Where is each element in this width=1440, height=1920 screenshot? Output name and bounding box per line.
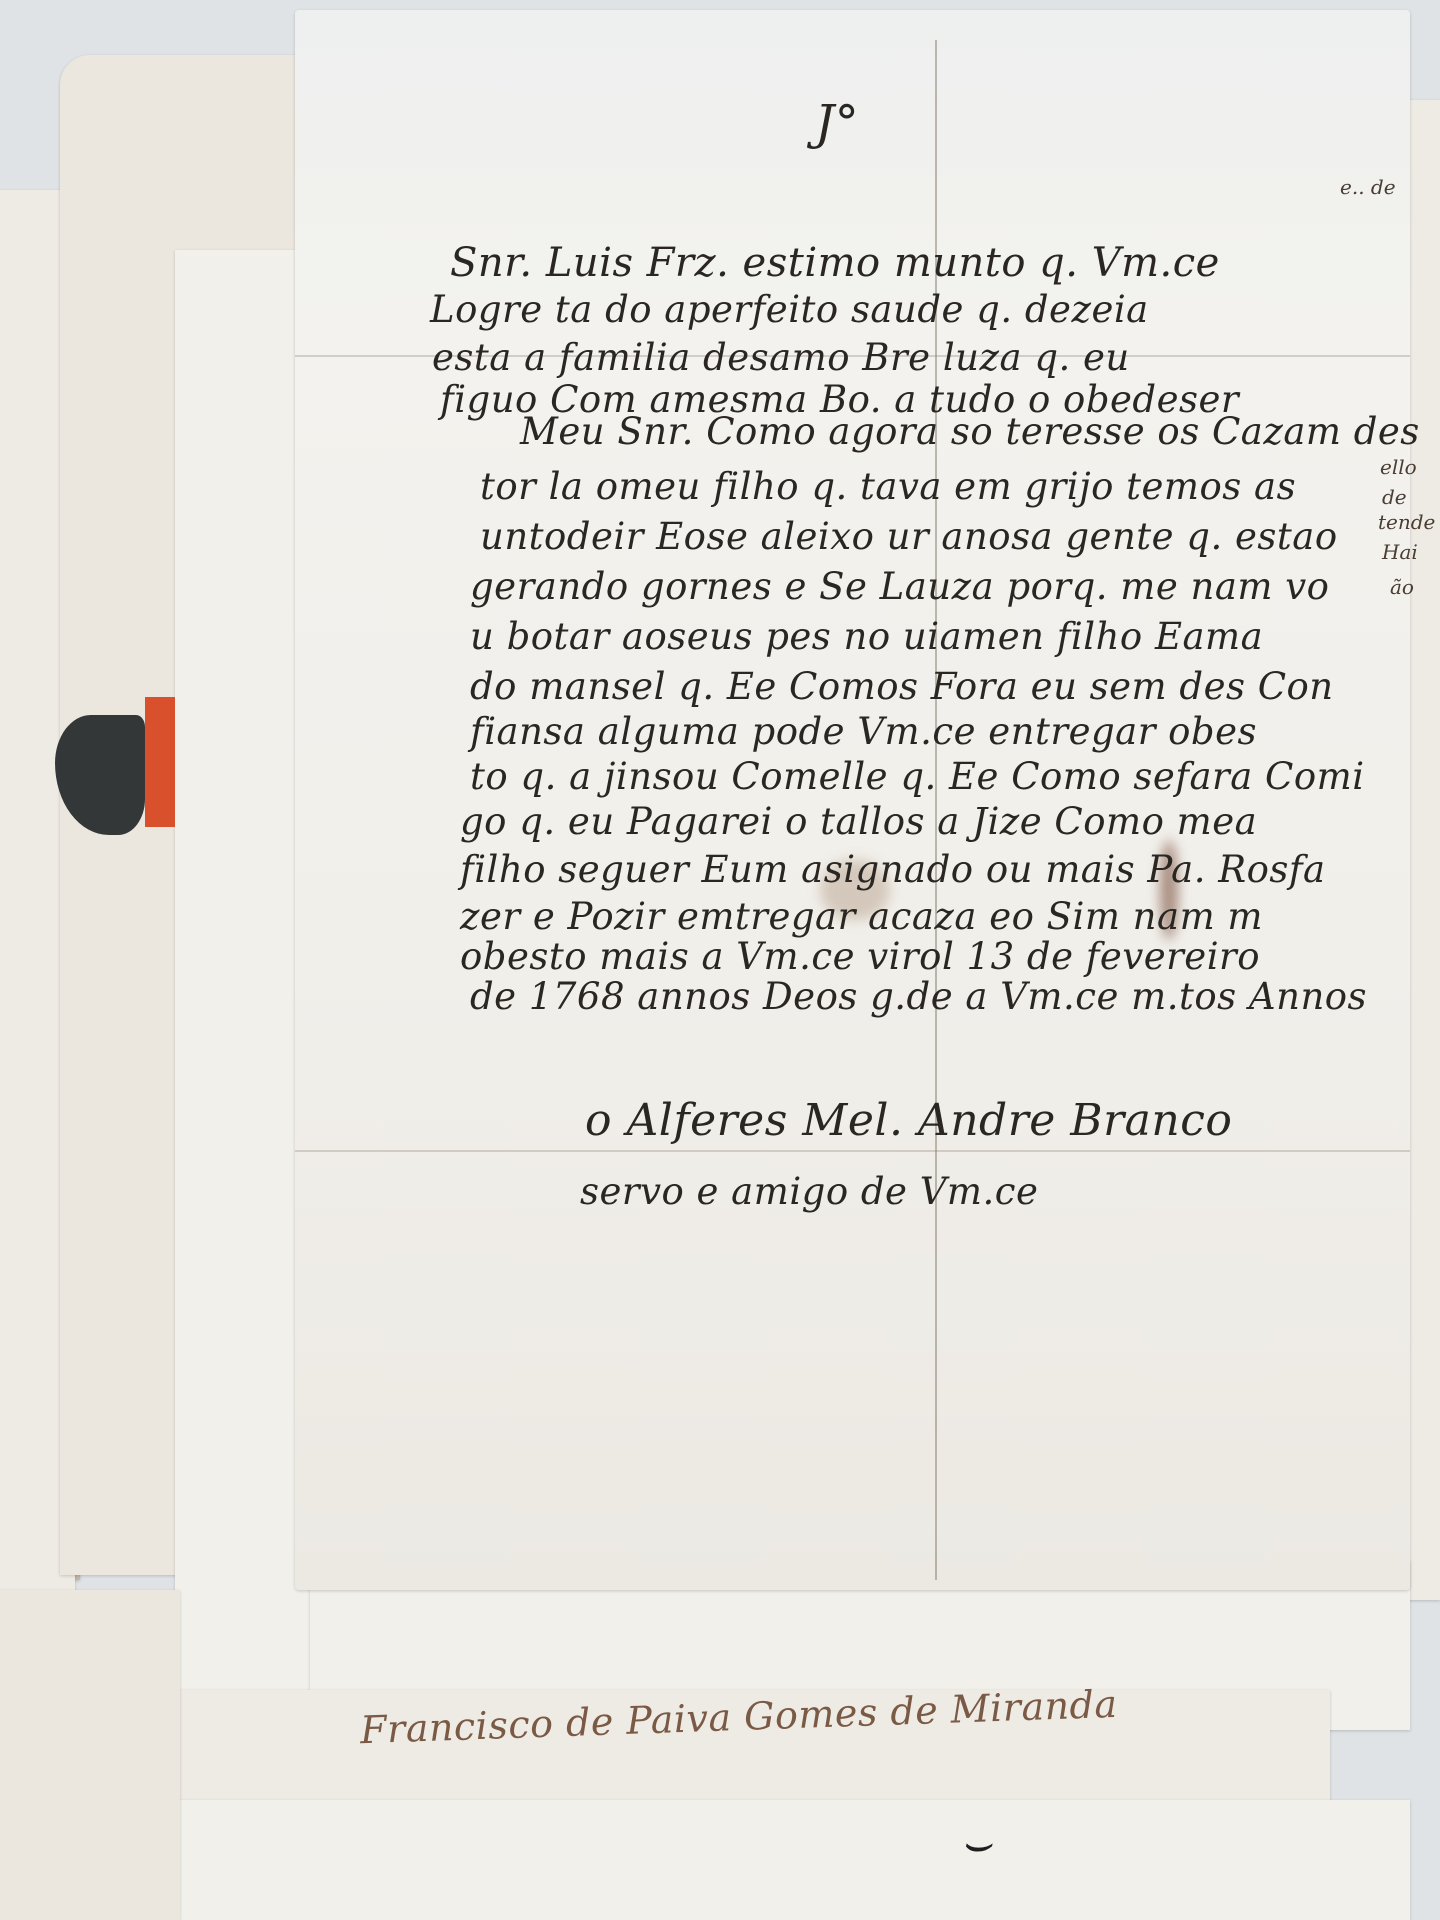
right-fragment-2: ello bbox=[1380, 455, 1417, 479]
body-line-7: fiansa alguma pode Vm.ce entregar obes bbox=[470, 710, 1257, 753]
body-line-6: do mansel q. Ee Comos Fora eu sem des Co… bbox=[470, 665, 1334, 708]
body-line-10: filho seguer Eum asignado ou mais Pa. Ro… bbox=[460, 848, 1326, 891]
body-line-3: untodeir Eose aleixo ur anosa gente q. e… bbox=[480, 515, 1338, 558]
salutation-line-3: esta a familia desamo Bre luza q. eu bbox=[432, 336, 1130, 379]
body-line-1: Meu Snr. Como agora so teresse os Cazam … bbox=[520, 410, 1420, 453]
right-fragment-1: e.. de bbox=[1340, 175, 1396, 199]
body-line-9: go q. eu Pagarei o tallos a Jize Como me… bbox=[460, 800, 1257, 843]
body-line-8: to q. a jinsou Comelle q. Ee Como sefara… bbox=[470, 755, 1365, 798]
lower-sheet-3 bbox=[0, 1590, 180, 1920]
right-fragment-5: Hai bbox=[1382, 540, 1418, 564]
body-line-5: u botar aoseus pes no uiamen filho Eama bbox=[470, 615, 1263, 658]
body-line-12: obesto mais a Vm.ce virol 13 de fevereir… bbox=[460, 935, 1260, 978]
header-mark: J° bbox=[815, 95, 859, 151]
body-line-13-date: de 1768 annos Deos g.de a Vm.ce m.tos An… bbox=[470, 975, 1367, 1018]
right-fragment-6: ão bbox=[1390, 575, 1414, 599]
fold-line-middle bbox=[295, 1150, 1410, 1152]
salutation-line-2: Logre ta do aperfeito saude q. dezeia bbox=[430, 288, 1149, 331]
red-wax-seal bbox=[145, 697, 175, 827]
body-line-2: tor la omeu filho q. tava em grijo temos… bbox=[480, 465, 1296, 508]
salutation-line-1: Snr. Luis Frz. estimo munto q. Vm.ce bbox=[450, 240, 1220, 286]
signature-subscript: servo e amigo de Vm.ce bbox=[580, 1170, 1038, 1213]
right-fragment-3: de bbox=[1382, 485, 1407, 509]
underlying-sheet-left-2 bbox=[175, 250, 315, 1850]
lower-sheet-2 bbox=[150, 1800, 1410, 1920]
body-line-11: zer e Pozir emtregar acaza eo Sim nam m bbox=[460, 895, 1263, 938]
body-line-4: gerando gornes e Se Lauza porq. me nam v… bbox=[470, 565, 1329, 608]
right-fragment-4: tende bbox=[1378, 510, 1435, 534]
lower-flourish-mark: ⌣ bbox=[960, 1815, 992, 1872]
signature: o Alferes Mel. Andre Branco bbox=[585, 1095, 1232, 1146]
